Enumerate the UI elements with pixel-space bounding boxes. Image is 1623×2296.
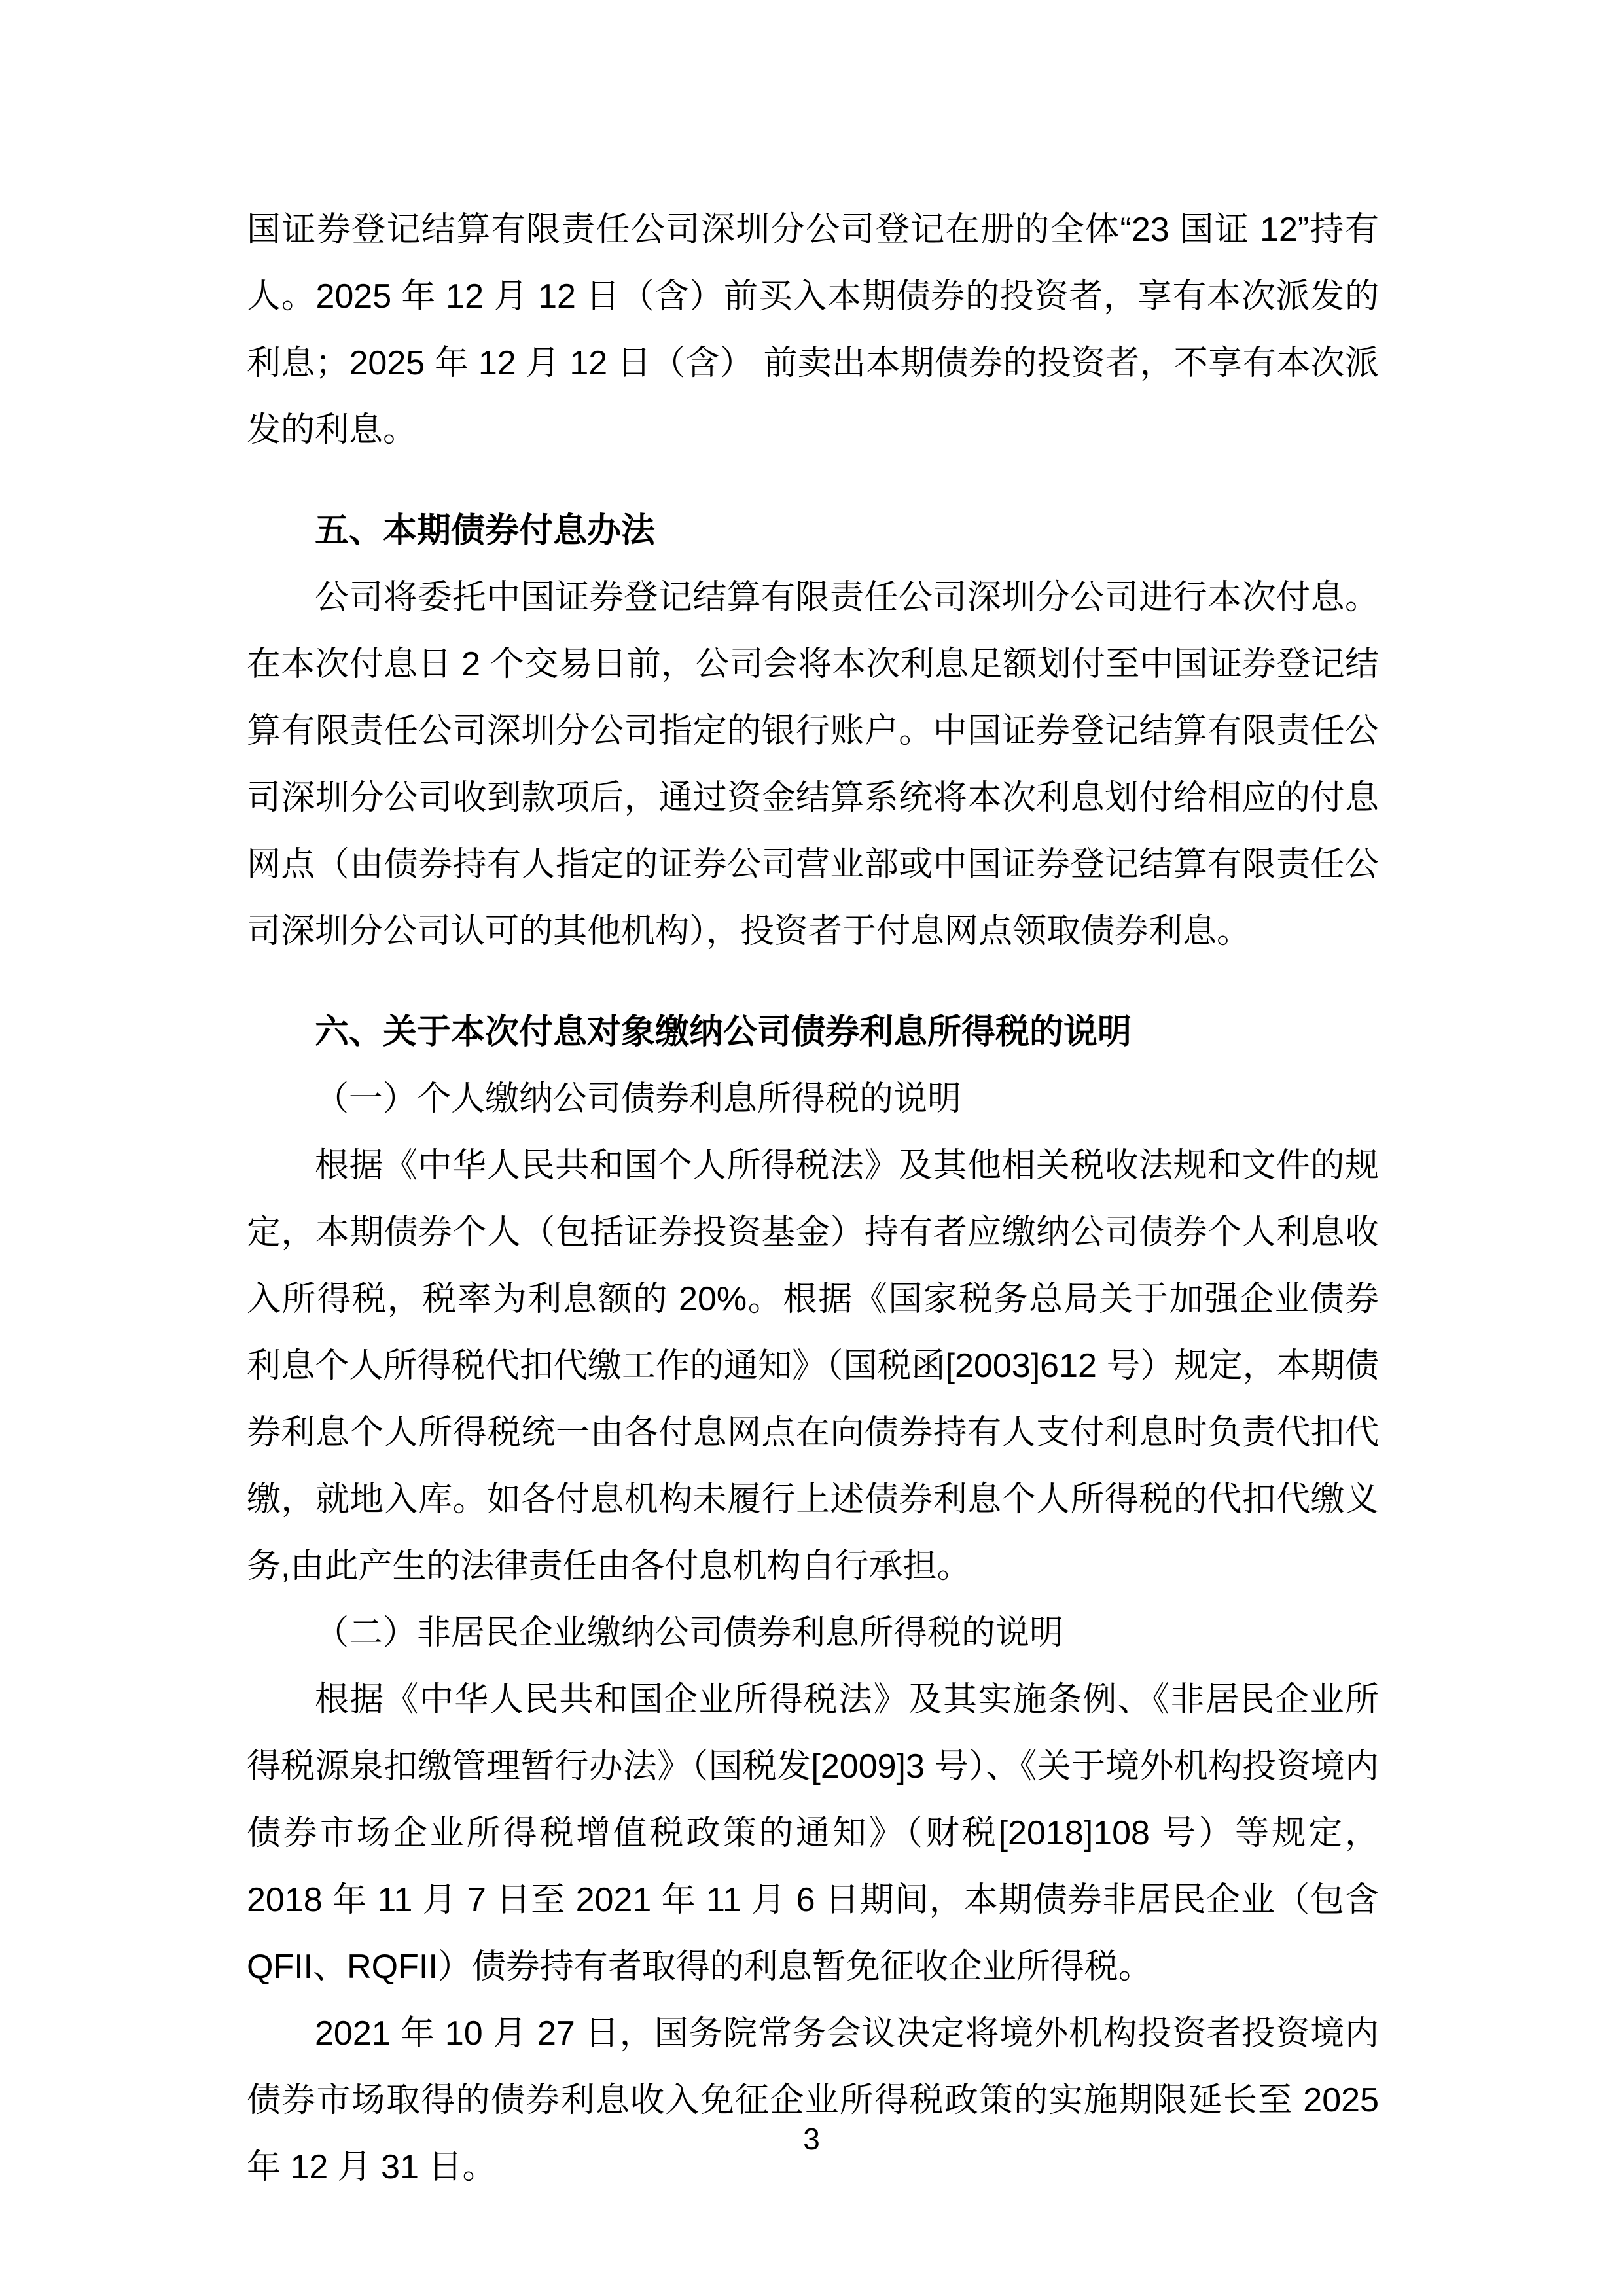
body-paragraph: 2021 年 10 月 27 日，国务院常务会议决定将境外机构投资者投资境内债券… [247, 2000, 1379, 2200]
section-heading: 五、本期债券付息办法 [247, 497, 1379, 564]
sub-item-heading: （二）非居民企业缴纳公司债券利息所得税的说明 [247, 1600, 1379, 1666]
page-number: 3 [0, 2119, 1623, 2159]
section-heading: 六、关于本次付息对象缴纳公司债券利息所得税的说明 [247, 999, 1379, 1066]
sub-item-heading: （一）个人缴纳公司债券利息所得税的说明 [247, 1066, 1379, 1132]
body-paragraph: 根据《中华人民共和国个人所得税法》及其他相关税收法规和文件的规定，本期债券个人（… [247, 1132, 1379, 1600]
body-paragraph: 公司将委托中国证券登记结算有限责任公司深圳分公司进行本次付息。在本次付息日 2 … [247, 564, 1379, 965]
continued-paragraph: 国证券登记结算有限责任公司深圳分公司登记在册的全体“23 国证 12”持有人。2… [247, 196, 1379, 463]
document-page: 国证券登记结算有限责任公司深圳分公司登记在册的全体“23 国证 12”持有人。2… [0, 0, 1623, 2296]
body-paragraph: 根据《中华人民共和国企业所得税法》及其实施条例、《非居民企业所得税源泉扣缴管理暂… [247, 1666, 1379, 2000]
document-body: 国证券登记结算有限责任公司深圳分公司登记在册的全体“23 国证 12”持有人。2… [247, 196, 1379, 2200]
